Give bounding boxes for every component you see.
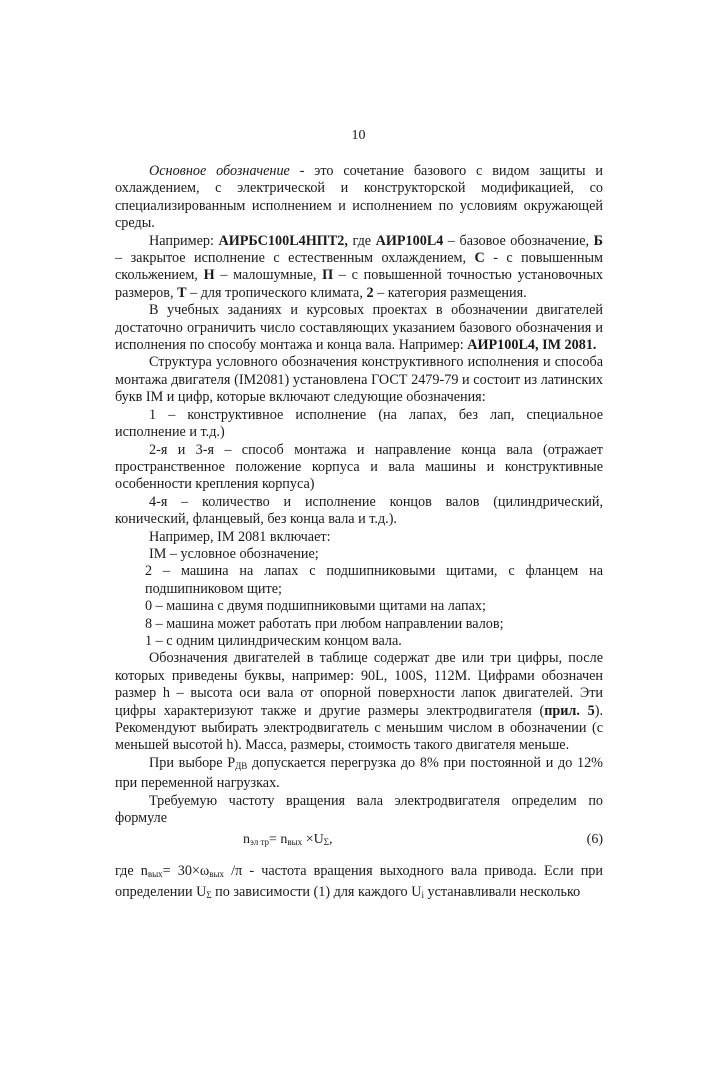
text: где	[348, 233, 376, 249]
base-code: АИР100L4	[376, 233, 444, 249]
paragraph-example-im: Например, IM 2081 включает:	[115, 529, 603, 546]
letter-code: 2	[366, 285, 373, 301]
subscript: эл тр	[250, 837, 269, 847]
text: – малошумные,	[215, 267, 322, 283]
subscript: ДВ	[235, 761, 247, 771]
paragraph-digit-1: 1 – конструктивное исполнение (на лапах,…	[115, 407, 603, 442]
var: = n	[269, 832, 287, 847]
text: где n	[115, 863, 148, 879]
list-item: 8 – машина может работать при любом напр…	[115, 616, 603, 633]
letter-code: Т	[177, 285, 186, 301]
paragraph-structure: Структура условного обозначения конструк…	[115, 354, 603, 406]
appendix-ref: прил. 5	[544, 703, 595, 719]
list-item: IM – условное обозначение;	[115, 546, 603, 563]
paragraph-where: где nвых= 30×ωвых /π - частота вращения …	[115, 863, 603, 904]
text: – закрытое исполнение с естественным охл…	[115, 250, 474, 266]
list-item: 0 – машина с двумя подшипниковыми щитами…	[115, 598, 603, 615]
paragraph-basic-designation: Основное обозначение - это сочетание баз…	[115, 163, 603, 233]
text: – базовое обозначение,	[443, 233, 593, 249]
paragraph-overload: При выборе PДВ допускается перегрузка до…	[115, 755, 603, 793]
list-item: 2 – машина на лапах с подшипниковыми щит…	[115, 563, 603, 598]
letter-code: С	[474, 250, 484, 266]
paragraph-digit-2-3: 2-я и 3-я – способ монтажа и направление…	[115, 442, 603, 494]
text: Обозначения двигателей в таблице содержа…	[115, 650, 603, 718]
paragraph-digit-4: 4-я – количество и исполнение концов вал…	[115, 494, 603, 529]
formula-6: nэл тр= nвых ×UΣ, (6)	[115, 829, 603, 863]
var: ×U	[302, 832, 324, 847]
designation-code: АИРБС100L4НПТ2,	[218, 233, 348, 249]
letter-code: Н	[204, 267, 215, 283]
text: – для тропического климата,	[187, 285, 367, 301]
letter-code: П	[322, 267, 333, 283]
page-number: 10	[0, 128, 717, 144]
formula-number: (6)	[587, 831, 603, 848]
var: n	[243, 832, 250, 847]
term-basic-designation: Основное обозначение	[149, 163, 290, 179]
letter-code: Б	[594, 233, 603, 249]
page-body: Основное обозначение - это сочетание баз…	[115, 163, 603, 904]
example-code: АИР100L4, IM 2081.	[467, 337, 596, 353]
text: по зависимости (1) для каждого U	[212, 884, 422, 900]
paragraph-coursework: В учебных заданиях и курсовых проектах в…	[115, 302, 603, 354]
formula-expression: nэл тр= nвых ×UΣ,	[243, 831, 332, 851]
text: При выборе P	[149, 755, 235, 771]
subscript: вых	[287, 837, 302, 847]
text: = 30×ω	[163, 863, 210, 879]
paragraph-example-designation: Например: АИРБС100L4НПТ2, где АИР100L4 –…	[115, 233, 603, 303]
subscript: вых	[209, 869, 224, 879]
text: устанавливали несколько	[424, 884, 580, 900]
list-item: 1 – с одним цилиндрическим концом вала.	[115, 633, 603, 650]
paragraph-motor-designations: Обозначения двигателей в таблице содержа…	[115, 650, 603, 754]
paragraph-required-speed: Требуемую частоту вращения вала электрод…	[115, 793, 603, 828]
subscript: вых	[148, 869, 163, 879]
text: Например:	[149, 233, 218, 249]
text: – категория размещения.	[374, 285, 527, 301]
punct: ,	[329, 832, 333, 847]
